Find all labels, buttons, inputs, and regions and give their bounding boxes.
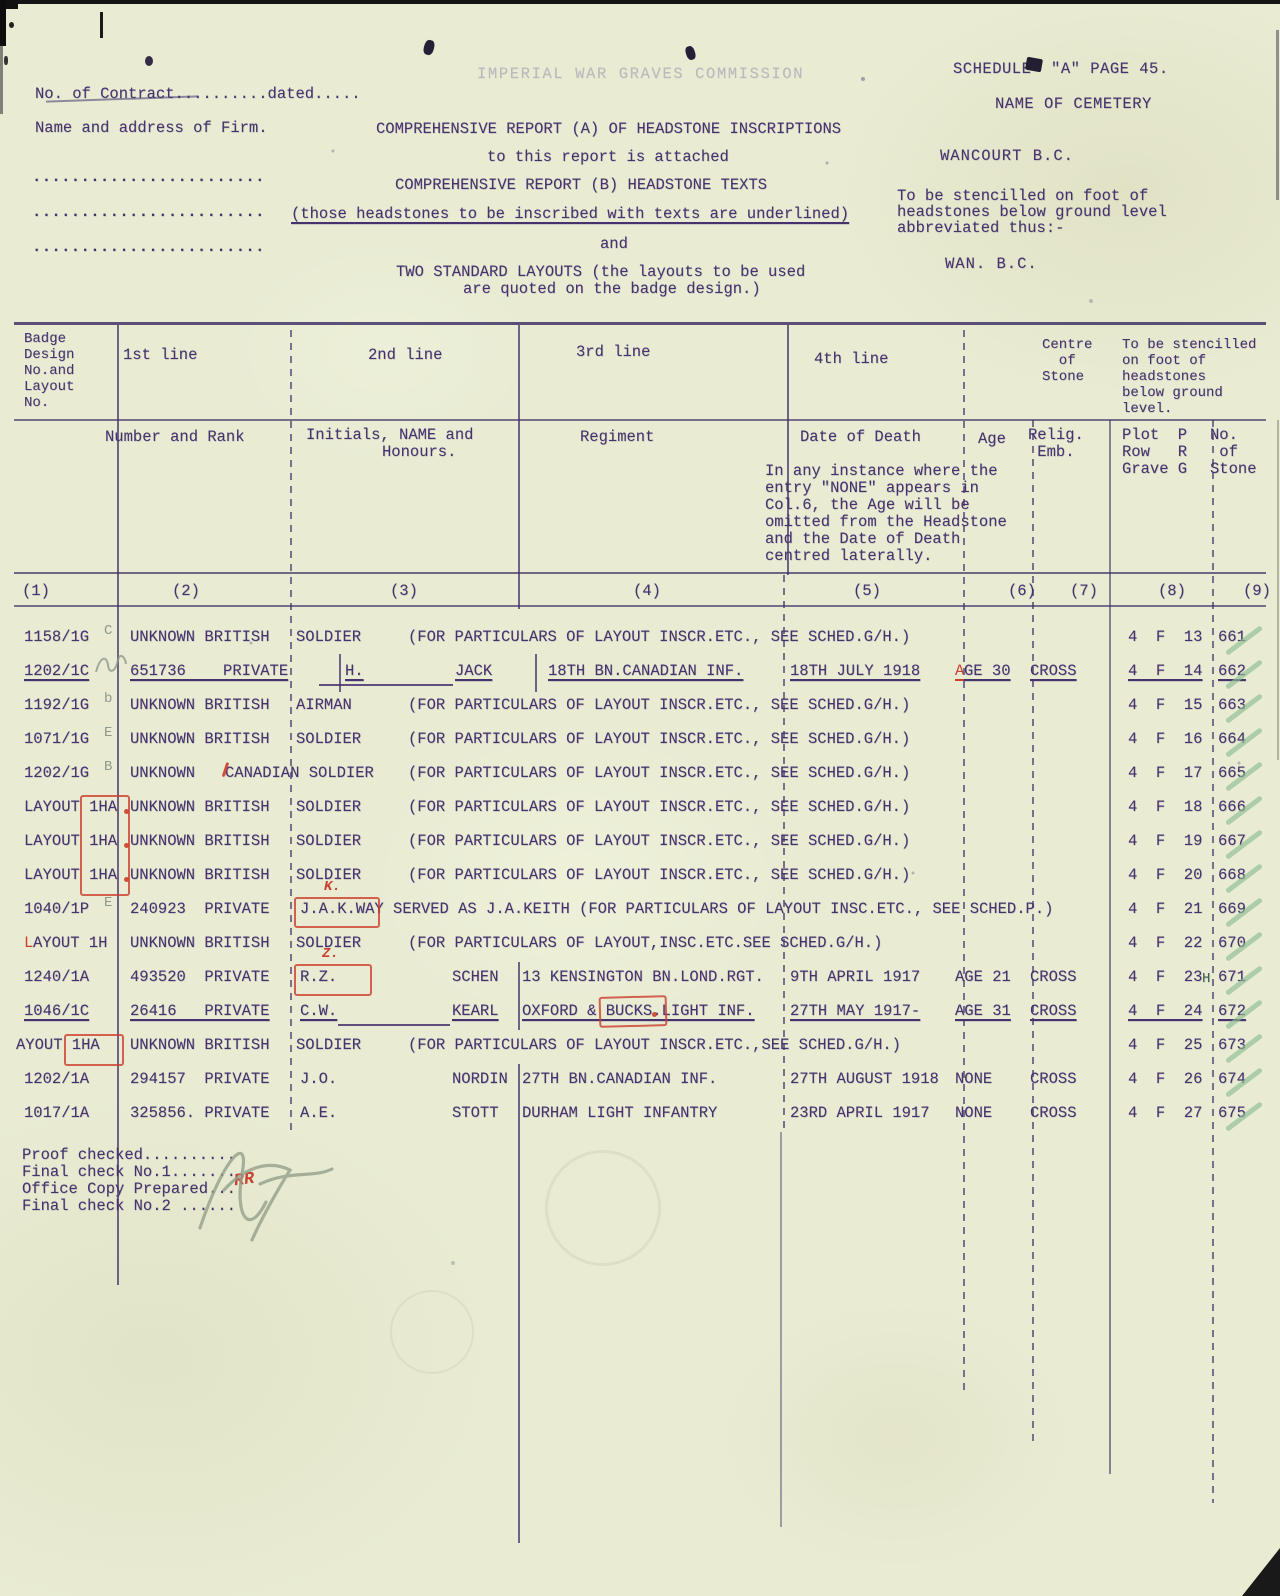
pencil-annotation: B [104,759,112,776]
red-tick [652,1012,657,1017]
col-2nd-line: 2nd line [368,347,442,364]
plot-row-grave: 4 F 22 [1128,935,1202,952]
col-number: (3) [390,583,418,600]
plot-row-grave: 4 F 17 [1128,765,1202,782]
badge-design-no: 1046/1C [24,1003,89,1020]
table-rule-horizontal [14,322,1266,325]
pencil-scribble [92,650,132,678]
regiment: DURHAM LIGHT INFANTRY [522,1105,717,1122]
table-row: L AYOUT 1H UNKNOWN BRITISH SOLDIER (FOR … [0,928,1280,962]
plot-row-grave: 4 F 15 [1128,697,1202,714]
second-line: SOLDIER [296,629,361,646]
plot-row-grave: 4 F 13 [1128,629,1202,646]
stencil-note-line3: abbreviated thus:- [897,220,1064,237]
layouts-line1: TWO STANDARD LAYOUTS (the layouts to be … [396,264,805,281]
second-line: AIRMAN [296,697,352,714]
date-of-death: 27TH MAY 1917- [790,1003,920,1020]
second-line: SOLDIER [296,1037,361,1054]
table-row: 1240/1A 493520 PRIVATE R.Z. SCHEN 13 KEN… [0,962,1280,996]
table-row: 1040/1P E 240923 PRIVATE J.A.K.WAY SERVE… [0,894,1280,928]
firm-label: Name and address of Firm. [35,120,268,137]
plot-row-grave: 4 F 14 [1128,663,1202,680]
served-as-note: J.A.K.WAY SERVED AS J.A.KEITH (FOR PARTI… [300,901,1053,918]
report-a-title: COMPREHENSIVE REPORT (A) OF HEADSTONE IN… [376,121,841,138]
ink-blot [422,39,436,56]
plot-row-grave: 4 F 27 [1128,1105,1202,1122]
table-rule-vertical [780,1132,782,1527]
layout-note: (FOR PARTICULARS OF LAYOUT INSCR.ETC.,SE… [408,1037,901,1054]
red-tick [124,809,129,814]
surname: KEARL [452,1003,499,1020]
number-and-rank: 294157 PRIVATE [130,1071,270,1088]
initials: C.W. [300,1003,337,1020]
dotted-fill-line: ........................ [32,239,265,256]
regiment: 27TH BN.CANADIAN INF. [522,1071,717,1088]
first-line: UNKNOWN BRITISH [130,697,270,714]
col-number: (9) [1243,583,1271,600]
ink-tick [100,12,103,38]
none-note: In any instance where the entry "NONE" a… [765,463,1007,565]
badge-column-header: Badge Design No.and Layout No. [24,331,74,411]
schedule-page-title: SCHEDULE "A" PAGE 45. [953,61,1169,78]
plot-row-grave: 4 F 18 [1128,799,1202,816]
red-correction-box [599,995,668,1028]
ink-blot [4,56,8,65]
plot-row-grave: 4 F 25 [1128,1037,1202,1054]
dotted-fill-line: ........................ [32,169,265,186]
ink-blot [145,56,153,66]
col-number: (2) [172,583,200,600]
layout-note: (FOR PARTICULARS OF LAYOUT INSCR.ETC., S… [408,867,910,884]
red-correction-box [294,897,380,928]
pencil-annotation: E [104,725,112,742]
plot-row-grave: 4 F 21 [1128,901,1202,918]
second-line: SOLDIER [296,833,361,850]
date-of-death: 23RD APRIL 1917 [790,1105,930,1122]
age-header: Age [978,431,1006,448]
table-row: LAYOUT 1HA UNKNOWN BRITISH SOLDIER (FOR … [0,826,1280,860]
stencil-column-header: To be stencilled on foot of headstones b… [1122,337,1256,417]
red-correction-box [80,795,130,896]
surname: NORDIN [452,1071,508,1088]
first-line: UNKNOWN BRITISH [130,833,270,850]
plot-row-grave-header: Plot P Row R Grave G [1122,427,1187,478]
underline-gap [338,1024,450,1026]
col-number: (8) [1158,583,1186,600]
badge-design-no: 1158/1G [24,629,89,646]
honours-header: Honours. [382,444,456,461]
relig-emb-header: Relig. Emb. [1028,427,1084,461]
red-correction-box [294,964,372,996]
plot-row-grave: 4 F 20 [1128,867,1202,884]
scan-edge-right [1277,420,1279,760]
plot-row-grave: 4 F 19 [1128,833,1202,850]
layouts-line2: are quoted on the badge design.) [463,281,761,298]
age: AGE 21 [955,969,1011,986]
table-row: 1192/1G b UNKNOWN BRITISH AIRMAN (FOR PA… [0,690,1280,724]
table-rule-vertical [518,1064,520,1543]
religious-emblem: CROSS [1030,1105,1077,1122]
ink-blot [684,45,697,61]
initials: A.E. [300,1105,337,1122]
layout-note: (FOR PARTICULARS OF LAYOUT INSCR.ETC., S… [408,629,910,646]
table-row: 1071/1G E UNKNOWN BRITISH SOLDIER (FOR P… [0,724,1280,758]
table-row: AYOUT 1HA UNKNOWN BRITISH SOLDIER (FOR P… [0,1030,1280,1064]
scan-edge-left [0,0,6,46]
badge-design-no: AYOUT 1H [33,935,107,952]
age: NONE [955,1071,992,1088]
layout-note: (FOR PARTICULARS OF LAYOUT INSCR.ETC., S… [408,833,910,850]
badge-design-no: 1202/1A [24,1071,89,1088]
red-handwritten-k: K. [324,879,341,896]
ink-blot [9,22,14,28]
report-b-title: COMPREHENSIVE REPORT (B) HEADSTONE TEXTS [395,177,767,194]
table-row: 1158/1G C UNKNOWN BRITISH SOLDIER (FOR P… [0,622,1280,656]
stone-number-header: No. of Stone [1210,427,1257,478]
cemetery-label: NAME OF CEMETERY [995,96,1152,113]
table-rule-horizontal [14,605,1266,607]
layout-note: (FOR PARTICULARS OF LAYOUT INSCR.ETC., S… [408,765,910,782]
col-4th-line: 4th line [814,351,888,368]
initials: H. [345,663,364,680]
religious-emblem: CROSS [1030,969,1077,986]
table-row: 1202/1A 294157 PRIVATE J.O. NORDIN 27TH … [0,1064,1280,1098]
first-line: UNKNOWN BRITISH [130,731,270,748]
age: AGE 31 [955,1003,1011,1020]
and-word: and [600,236,628,253]
layout-note: (FOR PARTICULARS OF LAYOUT,INSC.ETC.SEE … [408,935,882,952]
col-number: (5) [853,583,881,600]
scan-edge-left-fade [0,44,3,114]
age: NONE [955,1105,992,1122]
cemetery-name: WANCOURT B.C. [940,148,1074,165]
table-rule-vertical [518,325,520,609]
table-row: 1202/1C 651736 PRIVATE H. JACK 18TH BN.C… [0,656,1280,690]
red-correction-box [64,1034,124,1066]
surname: JACK [455,663,492,680]
regiment-header: Regiment [580,429,654,446]
date-of-death-header: Date of Death [800,429,921,446]
religious-emblem: CROSS [1030,1071,1077,1088]
col-number: (6) [1008,583,1036,600]
second-line: CANADIAN SOLDIER [225,765,374,782]
first-line: UNKNOWN BRITISH [130,629,270,646]
number-and-rank: 325856. PRIVATE [130,1105,270,1122]
age: GE 30 [964,663,1011,680]
number-and-rank: 651736 PRIVATE [130,663,288,680]
number-and-rank: 493520 PRIVATE [130,969,270,986]
ink-blot [1025,57,1043,73]
layout-note: (FOR PARTICULARS OF LAYOUT INSCR.ETC., S… [408,799,910,816]
pencil-annotation: b [104,691,112,708]
scan-edge-top [0,0,1280,4]
first-line: UNKNOWN BRITISH [130,935,270,952]
badge-design-no: 1192/1G [24,697,89,714]
number-and-rank: 26416 PRIVATE [130,1003,270,1020]
scan-edge-right [1276,30,1279,200]
pencil-annotation: C [104,623,112,640]
red-tick [124,877,129,882]
organisation-title: IMPERIAL WAR GRAVES COMMISSION [477,66,804,83]
religious-emblem: CROSS [1030,1003,1077,1020]
dotted-fill-line: ........................ [32,204,265,221]
green-h-annotation: H [1202,971,1210,988]
attached-line: to this report is attached [487,149,729,166]
second-line: SOLDIER [296,731,361,748]
badge-design-no: 1040/1P [24,901,89,918]
pencil-signature [162,1126,372,1261]
pencil-annotation: E [104,895,112,912]
plot-row-grave: 4 F 23 [1128,969,1202,986]
plot-row-grave: 4 F 24 [1128,1003,1202,1020]
scan-corner-fold [1242,1548,1280,1596]
religious-emblem: CROSS [1030,663,1077,680]
col-number: (4) [633,583,661,600]
regiment: 13 KENSINGTON BN.LOND.RGT. [522,969,764,986]
date-of-death: 27TH AUGUST 1918 [790,1071,939,1088]
initials-header: Initials, NAME and [306,427,473,444]
col-number: (1) [22,583,50,600]
paper-stain [390,1290,474,1374]
table-row: LAYOUT 1HA UNKNOWN BRITISH SOLDIER (FOR … [0,792,1280,826]
red-badge-letter: L [24,935,33,952]
badge-design-no: 1202/1C [24,663,89,680]
table-rule-horizontal [14,572,1266,574]
second-line: SOLDIER [296,799,361,816]
table-body: 1158/1G C UNKNOWN BRITISH SOLDIER (FOR P… [0,622,1280,1134]
badge-design-no: 1071/1G [24,731,89,748]
layout-note: (FOR PARTICULARS OF LAYOUT INSCR.ETC., S… [408,731,910,748]
layout-note: (FOR PARTICULARS OF LAYOUT INSCR.ETC., S… [408,697,910,714]
paper-stain [545,1150,661,1266]
surname: SCHEN [452,969,499,986]
age-red-letter: A [955,663,964,680]
cemetery-abbreviation: WAN. B.C. [945,256,1038,273]
badge-design-no: 1202/1G [24,765,89,782]
red-handwritten-z: Z. [322,946,339,963]
first-line: UNKNOWN BRITISH [130,1037,270,1054]
table-rule-horizontal [14,419,1266,421]
number-rank-header: Number and Rank [105,429,245,446]
col-1st-line: 1st line [123,347,197,364]
plot-row-grave: 4 F 26 [1128,1071,1202,1088]
first-line: UNKNOWN [130,765,195,782]
badge-design-no: 1240/1A [24,969,89,986]
plot-row-grave: 4 F 16 [1128,731,1202,748]
underline-gap [319,684,453,686]
red-tick [124,843,129,848]
table-row: 1202/1G B UNKNOWN CANADIAN SOLDIER (FOR … [0,758,1280,792]
date-of-death: 9TH APRIL 1917 [790,969,920,986]
first-line: UNKNOWN BRITISH [130,867,270,884]
col-3rd-line: 3rd line [576,344,650,361]
number-and-rank: 240923 PRIVATE [130,901,270,918]
surname: STOTT [452,1105,499,1122]
col-number: (7) [1070,583,1098,600]
initials: J.O. [300,1071,337,1088]
first-line: UNKNOWN BRITISH [130,799,270,816]
scanned-document-page: IMPERIAL WAR GRAVES COMMISSION SCHEDULE … [0,0,1280,1596]
table-row: LAYOUT 1HA UNKNOWN BRITISH SOLDIER (FOR … [0,860,1280,894]
date-of-death: 18TH JULY 1918 [790,663,920,680]
centre-of-stone-header: Centre of Stone [1042,337,1092,385]
underline-rule-note: (those headstones to be inscribed with t… [291,206,849,223]
regiment: 18TH BN.CANADIAN INF. [548,663,743,680]
badge-design-no: 1017/1A [24,1105,89,1122]
